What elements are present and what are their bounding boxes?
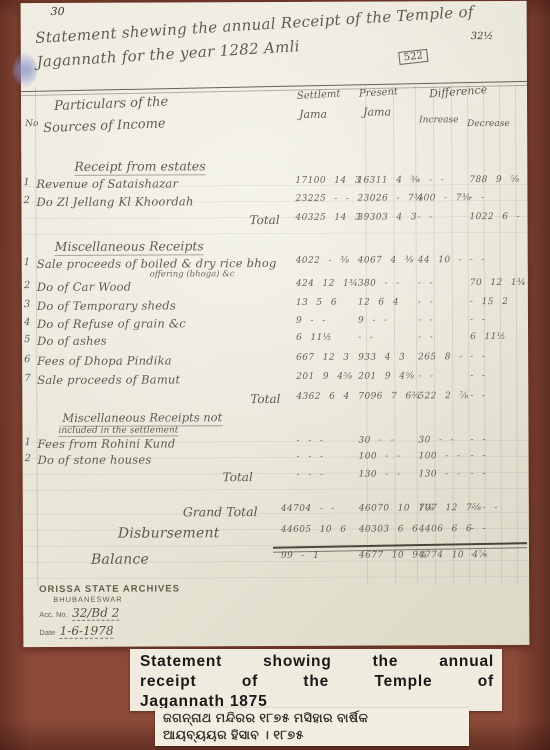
row-number: 6 [24,354,30,365]
page-number: 30 [51,5,65,18]
cell-decrease: - 15 2 [470,297,508,307]
cell-present-jama: 30 - - [358,435,394,445]
table-row: 2 Do of stone houses - - - 100 - - 100 -… [23,451,529,469]
cell-settlement-jama: 667 12 3 [296,353,349,363]
balance-row: Balance 99 - 1 4677 10 9¾ 4774 10 4⅞ - - [23,550,529,568]
cell-increase: - - [418,297,433,307]
accession-value: 32/Bd 2 [72,606,119,621]
table-row: 2 Do Zl Jellang Kl Khoordah 23225 - - 23… [21,193,527,211]
row-number: 2 [23,195,29,206]
cell-decrease: 6 11½ [470,332,506,342]
cell-settlement-jama: 4022 - ⅜ [296,256,350,266]
cell-settlement-jama: 40325 14 3 [296,213,362,223]
table-row: 1 Sale proceeds of boiled & dry rice bho… [22,255,528,273]
cell-present-jama: 130 - - [359,469,401,479]
caption-line-2: receipt of the Temple of [140,672,494,692]
cell-increase: - - - [417,175,444,185]
section-heading-misc: Miscellaneous Receipts [55,238,204,256]
table-row: 6 Fees of Dhopa Pindika 667 12 3 933 4 3… [22,352,528,370]
disbursement-row: Disbursement 44605 10 6 40303 6 6 4406 6… [23,524,529,542]
cell-settlement-jama: 201 9 4⅝ [296,372,352,382]
cell-increase: 4406 6 6 [419,524,472,534]
row-label: Do of ashes [37,334,107,348]
cell-increase: 100 - - [419,451,461,461]
cell-increase: 44 10 - [418,255,463,265]
cell-decrease: - - [471,524,486,534]
cell-decrease: - - [471,451,486,461]
odia-caption-line-2: ଆୟବ୍ୟୟର ହିସାବ । ୧୮୭୫ [163,727,461,744]
cell-decrease: - - [470,391,485,401]
table-row: 1 Revenue of Sataishazar 17100 14 3 1631… [21,175,527,193]
cell-increase: 30 - - [418,435,454,445]
caption-line-1: Statement showing the annual [140,652,494,672]
cell-settlement-jama: 6 11½ [296,333,332,343]
row-label: Do of Refuse of grain &c [37,316,186,331]
cell-increase: - - [418,315,433,325]
cell-present-jama: 23026 - 7⅜ [357,193,423,203]
archives-stamp-name: ORISSA STATE ARCHIVES [39,583,180,595]
date-value: 1-6-1978 [60,624,114,639]
row-label: Do of stone houses [38,453,152,467]
total-label: Total [250,392,280,406]
cell-decrease: - - [470,371,485,381]
english-caption-strip: Statement showing the annual receipt of … [130,649,502,711]
table-row: 7 Sale proceeds of Bamut 201 9 4⅝ 201 9 … [22,371,528,389]
cell-settlement-jama: - - - [296,436,323,446]
cell-present-jama: 16311 4 ⅜ [357,175,419,185]
cell-present-jama: 39303 4 3 [358,212,417,222]
cell-decrease: - - [470,435,485,445]
cell-settlement-jama: 99 - 1 [281,551,319,561]
row-label: Do Zl Jellang Kl Khoordah [36,194,193,209]
row-label: Do of Temporary sheds [37,298,176,313]
cell-increase: 522 2 ⅞ [418,391,468,401]
odia-caption-line-1: ଜଗନ୍ନାଥ ମନ୍ଦିରର ୧୮୭୫ ମସିହାର ବାର୍ଷିକ [163,710,461,727]
table-row: 2 Do of Car Wood 424 12 1¾ 380 - - - - 7… [22,278,528,296]
archives-accession-line: Acc. No. 32/Bd 2 [39,603,180,622]
section-subheading-misc-unsettled: included in the settlement [58,425,178,437]
column-ruling [21,1,527,3]
section-heading-estates: Receipt from estates [74,158,205,176]
cell-present-jama: 933 4 3 [358,352,405,362]
row-number: 1 [23,177,29,188]
cell-increase: 400 - 7⅜ [417,193,471,203]
present-jama-header-2: Jama [363,105,391,118]
total-row: Total - - - 130 - - 130 - - - - [23,469,529,487]
cell-settlement-jama: 13 5 6 [296,298,337,308]
total-label: Total [223,470,253,484]
row-number: 7 [24,373,30,384]
total-label: Total [250,213,280,227]
photo-frame: 30 Statement shewing the annual Receipt … [0,0,550,750]
grand-total-label: Grand Total [183,504,258,519]
settlement-jama-header-2: Jama [299,108,327,121]
cell-decrease: - - - [471,503,498,513]
balance-label: Balance [91,552,149,568]
decrease-header: Decrease [467,119,510,129]
cell-present-jama: - - [358,333,373,343]
no-column-label: No [25,119,38,129]
cell-increase: - - [418,332,433,342]
cell-present-jama: 9 - - [358,316,388,326]
cell-decrease: - - [471,469,486,479]
cell-increase: 130 - - [419,469,461,479]
cell-decrease: 1022 6 - [470,212,521,222]
row-number: 1 [24,437,30,448]
table-row: 4 Do of Refuse of grain &c 9 - - 9 - - -… [22,315,528,333]
folio-number-stamp: 522 [398,49,428,65]
cell-settlement-jama: 4362 6 4 [296,392,349,402]
cell-present-jama: 4067 4 ⅜ [358,255,414,265]
cell-settlement-jama: 44605 10 6 [281,525,347,535]
archives-date-line: Date 1-6-1978 [39,621,180,640]
cell-decrease: - - [470,352,485,362]
odia-caption-strip: ଜଗନ୍ନାଥ ମନ୍ଦିରର ୧୮୭୫ ମସିହାର ବାର୍ଷିକ ଆୟବ୍… [155,708,469,746]
cell-settlement-jama: 17100 14 3 [295,176,361,186]
cell-settlement-jama: 44704 - - [281,504,335,514]
row-label: Do of Car Wood [37,280,132,294]
cell-increase: 265 8 - [418,352,463,362]
corner-fraction-mark: 32½ [471,31,493,42]
cell-decrease: 788 9 ⅝ [469,175,519,185]
cell-present-jama: 40303 6 6 [359,524,418,534]
cell-settlement-jama: - - - [297,452,324,462]
row-number: 1 [24,257,30,268]
present-jama-header-1: Present [359,86,398,99]
total-row: Total 4362 6 4 7096 7 6¾ 522 2 ⅞ - - [22,391,528,409]
cell-decrease: - - [470,255,485,265]
settlement-jama-header-1: Settlemt [297,89,341,102]
particulars-header-1: Particulars of the [54,94,169,113]
cell-decrease: 70 12 1¾ [470,278,526,288]
interlinear-note: offering (bhoga) &c [150,269,235,279]
cell-decrease: - - [471,550,486,560]
cell-present-jama: 12 6 4 [358,297,399,307]
row-number: 2 [24,280,30,291]
row-number: 5 [24,334,30,345]
row-number: 3 [24,299,30,310]
row-label: Sale proceeds of Bamut [37,372,180,387]
cell-present-jama: 7096 7 6¾ [358,391,420,401]
cell-present-jama: 201 9 4⅝ [358,371,414,381]
disbursement-label: Disbursement [118,525,220,541]
grand-total-row: Grand Total 44704 - - 46070 10 1⅛ 707 12… [23,503,529,521]
table-header: No Particulars of the Sources of Income … [21,1,527,3]
date-label: Date [39,628,55,637]
cell-increase: - - [418,371,433,381]
table-row: 3 Do of Temporary sheds 13 5 6 12 6 4 - … [22,297,528,315]
row-label: Fees from Rohini Kund [37,436,175,451]
cell-settlement-jama: 9 - - [296,316,326,326]
section-heading-misc-unsettled: Miscellaneous Receipts not [62,410,222,427]
particulars-header-2: Sources of Income [43,116,166,136]
cell-settlement-jama: 424 12 1¾ [296,279,358,289]
cell-increase: - - [418,278,433,288]
row-number: 4 [24,317,30,328]
archives-stamp: ORISSA STATE ARCHIVES BHUBANESWAR Acc. N… [39,583,180,640]
cell-decrease: - - [469,193,484,203]
cell-present-jama: 100 - - [359,451,401,461]
row-label: Revenue of Sataishazar [36,176,178,191]
total-row: Total 40325 14 3 39303 4 3 - - 1022 6 - [22,212,528,230]
cell-settlement-jama: 23225 - - [295,194,349,204]
document-paper: 30 Statement shewing the annual Receipt … [21,1,530,647]
increase-header: Increase [419,115,458,125]
table-row: 5 Do of ashes 6 11½ - - - - 6 11½ [22,332,528,350]
cell-present-jama: 380 - - [358,278,400,288]
blue-ink-stamp [13,53,37,87]
row-label: Fees of Dhopa Pindika [37,353,172,368]
cell-increase: - - [418,212,433,222]
cell-decrease: - - [470,315,485,325]
cell-present-jama: 4677 10 9¾ [359,550,428,560]
cell-settlement-jama: - - - [297,470,324,480]
row-number: 2 [25,453,31,464]
accession-label: Acc. No. [39,610,67,619]
